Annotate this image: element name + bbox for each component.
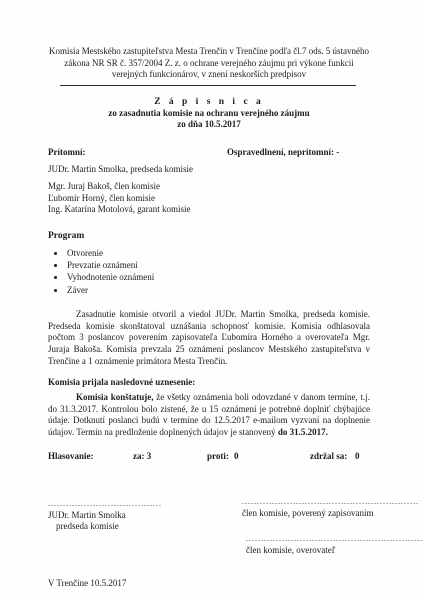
member-item: JUDr. Martin Smolka, predseda komisie xyxy=(48,164,370,176)
resolution-heading: Komisia prijala nasledovné uznesenie: xyxy=(48,377,370,387)
program-item: Prevzatie oznámení xyxy=(66,259,370,271)
document-date-line: zo dňa 10.5.2017 xyxy=(48,119,370,130)
votes-abstain-value: 0 xyxy=(355,451,360,461)
resolution-bold-end: do 31.5.2017. xyxy=(278,427,328,437)
votes-abstain-label: zdržal sa: xyxy=(310,451,347,461)
program-list: Otvorenie Prevzatie oznámení Vyhodnoteni… xyxy=(48,247,370,297)
members-list: JUDr. Martin Smolka, predseda komisie Mg… xyxy=(48,164,370,216)
voting-row: Hlasovanie: za: 3 proti: 0 zdržal sa: 0 xyxy=(48,451,370,463)
signatory-role: člen komisie, poverený zapisovaním xyxy=(242,508,423,520)
signatory-role: predseda komisie xyxy=(48,521,162,533)
opening-paragraph: Zasadnutie komisie otvoril a viedol JUDr… xyxy=(48,309,370,367)
header-divider xyxy=(60,85,356,86)
signature-left: ...................................... J… xyxy=(48,498,162,533)
voting-label: Hlasovanie: xyxy=(48,451,94,461)
member-item: Ing. Katarína Motolová, garant komisie xyxy=(48,204,370,216)
signature-right: ........................................… xyxy=(242,496,423,556)
member-item: Ľubomír Horný, člen komisie xyxy=(48,193,370,205)
signature-line: ........................................… xyxy=(242,496,423,508)
title-block: Z á p i s n i c a zo zasadnutia komisie … xyxy=(48,97,370,130)
program-item: Otvorenie xyxy=(66,247,370,259)
resolution-bold-start: Komisia konštatuje, xyxy=(76,392,154,402)
document-title: Z á p i s n i c a xyxy=(48,97,370,108)
document-content: Komisia Mestského zastupiteľstva Mesta T… xyxy=(48,0,370,588)
absent-label: Ospravedlnení, neprítomní: - xyxy=(227,147,339,157)
votes-against-value: 0 xyxy=(234,451,239,461)
document-header-text: Komisia Mestského zastupiteľstva Mesta T… xyxy=(48,46,370,81)
votes-for: za: 3 xyxy=(133,451,151,461)
member-item: Mgr. Juraj Bakoš, člen komisie xyxy=(48,181,370,193)
signature-line: ...................................... xyxy=(48,498,162,510)
program-heading: Program xyxy=(48,231,370,241)
signature-line: ........................................… xyxy=(246,533,423,545)
signatory-role: člen komisie, overovateľ xyxy=(246,545,423,557)
resolution-paragraph: Komisia konštatuje, že všetky oznámenia … xyxy=(48,392,370,438)
attendance-labels: Prítomní: Ospravedlnení, neprítomní: - xyxy=(48,147,370,159)
document-subtitle: zo zasadnutia komisie na ochranu verejné… xyxy=(48,108,370,119)
program-item: Vyhodnotenie oznámení xyxy=(66,271,370,283)
program-item: Záver xyxy=(66,284,370,296)
votes-against-label: proti: xyxy=(207,451,229,461)
document-page: Komisia Mestského zastupiteľstva Mesta T… xyxy=(0,0,424,600)
signatures-block: ...................................... J… xyxy=(48,496,370,558)
present-label: Prítomní: xyxy=(48,147,86,157)
signatory-name: JUDr. Martin Smolka xyxy=(48,510,162,522)
signature-right-second: ........................................… xyxy=(242,533,423,556)
place-date-line: V Trenčíne 10.5.2017 xyxy=(48,578,370,588)
